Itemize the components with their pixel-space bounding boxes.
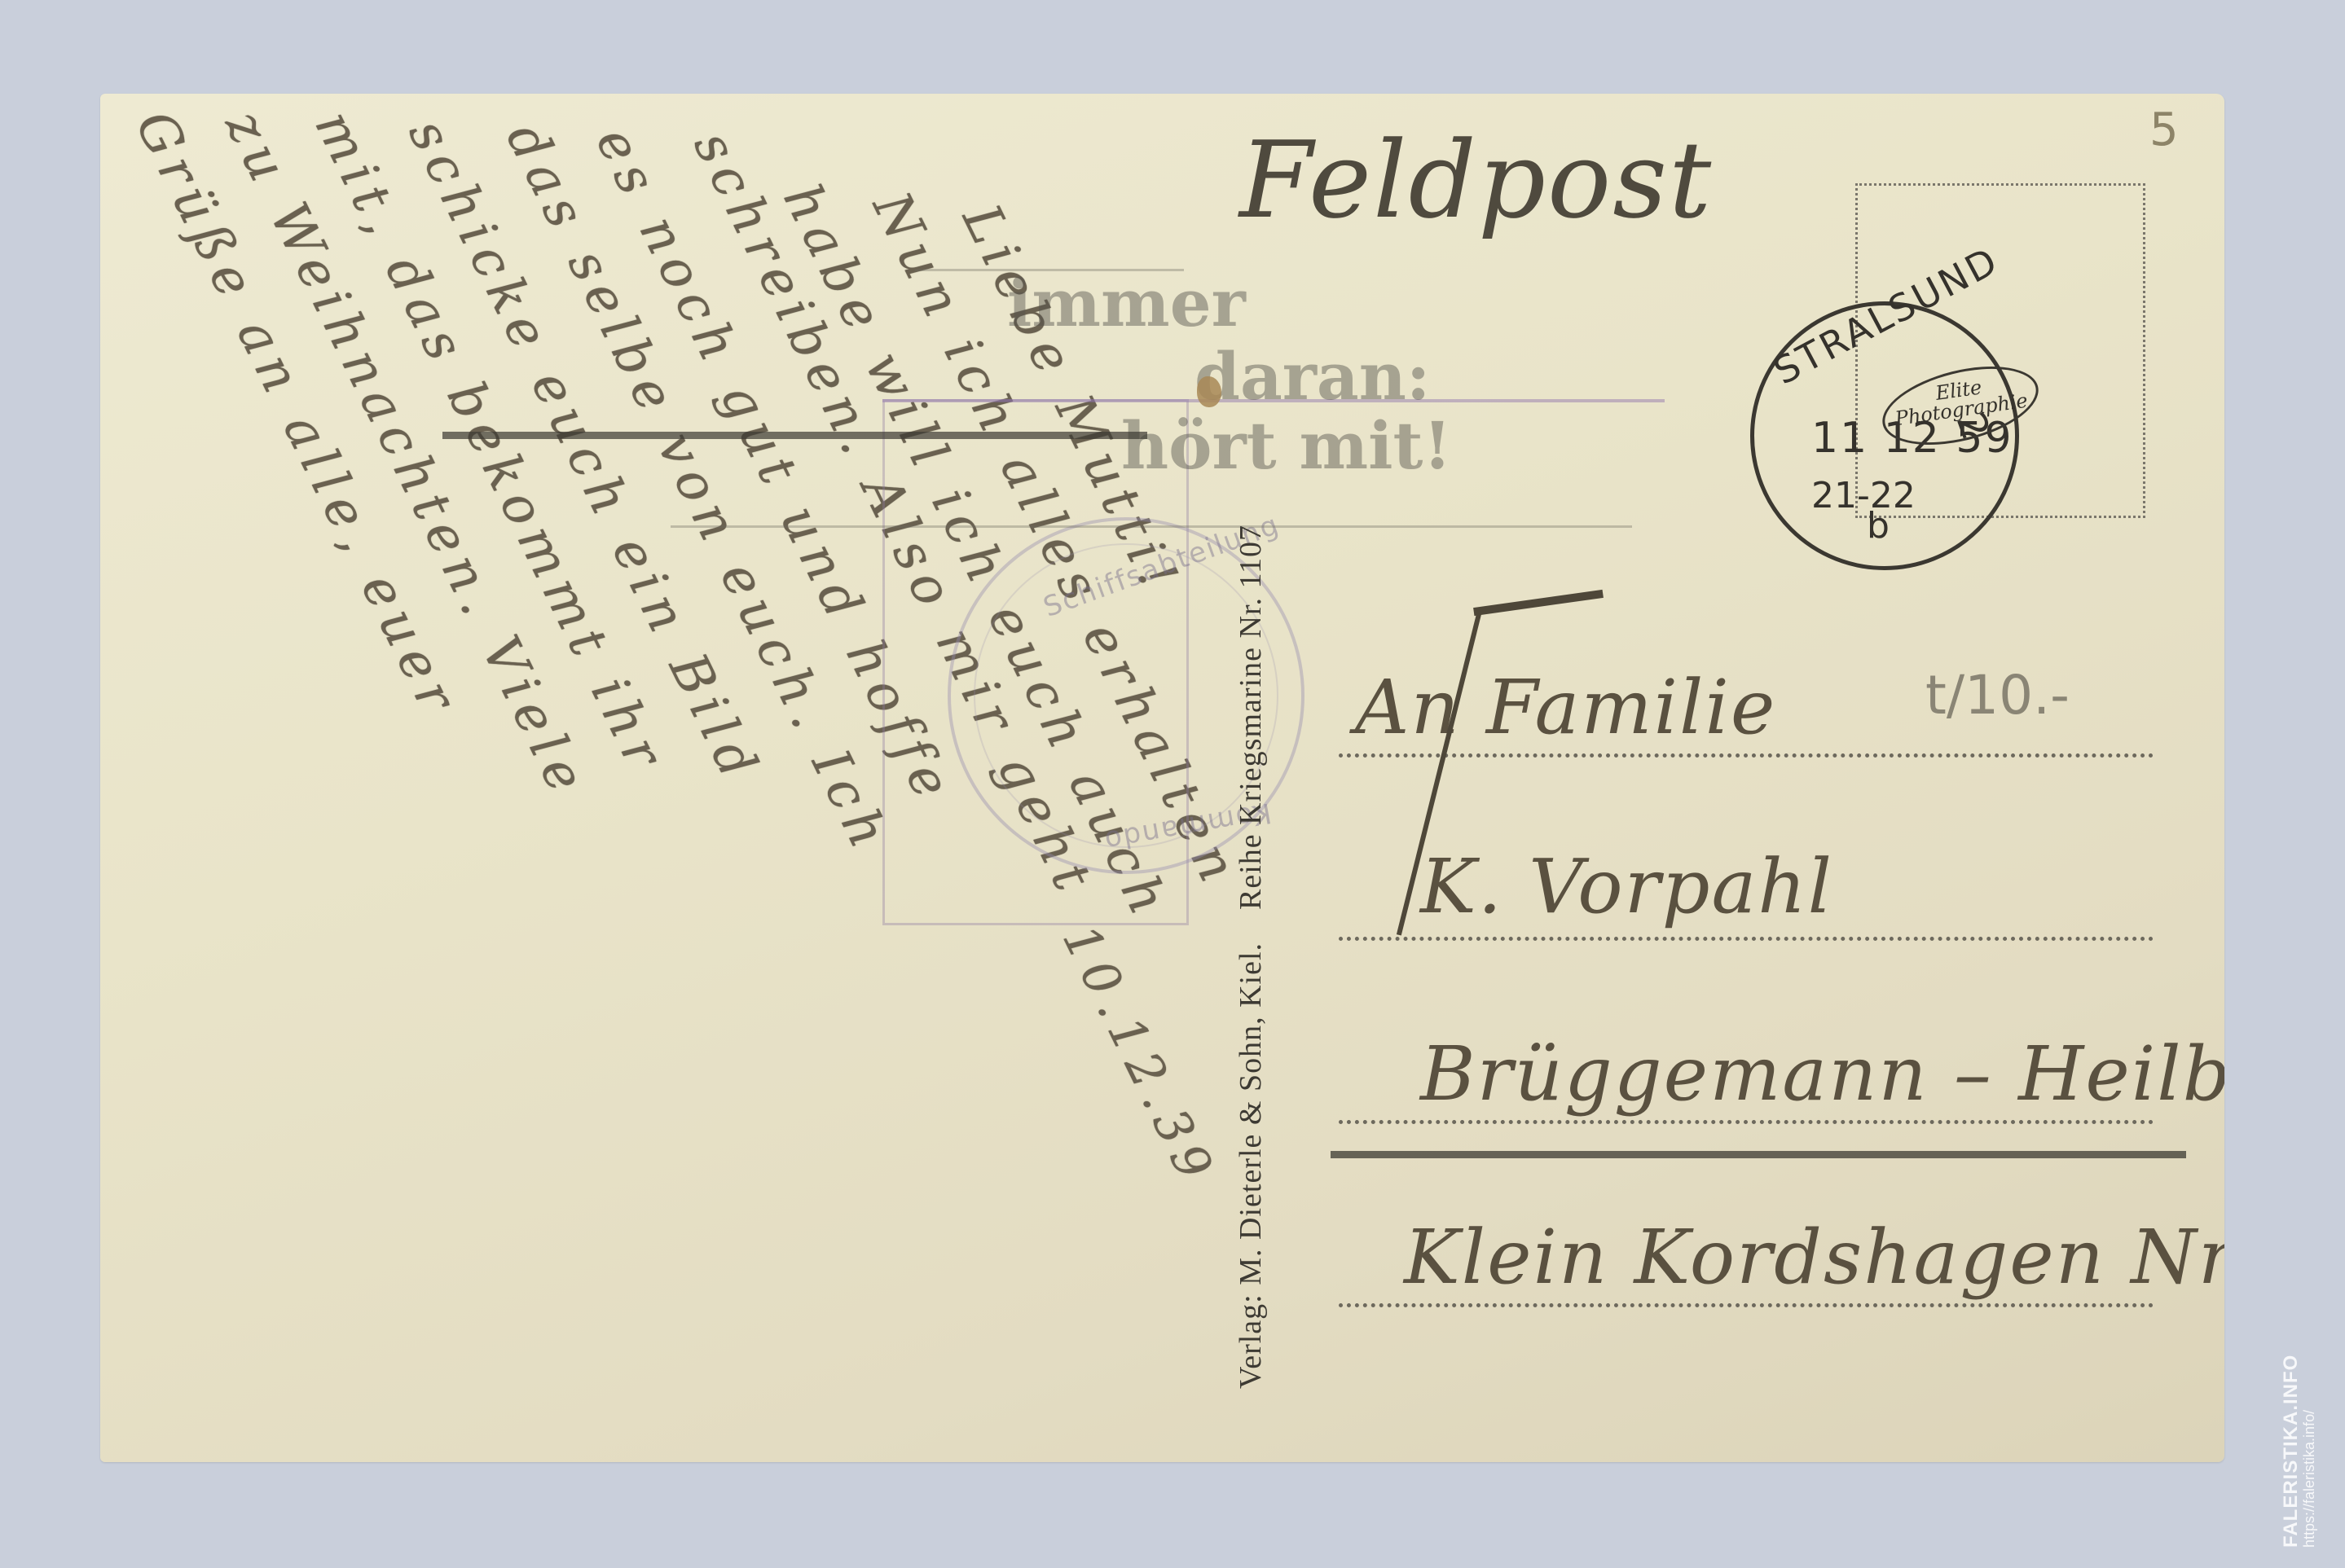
address-strikethrough <box>1331 1151 2186 1158</box>
address-line-1: An Familie <box>1355 664 1776 751</box>
address-line-2: K. Vorpahl <box>1420 843 1833 930</box>
slogan-line-2: daran: <box>1194 338 1430 415</box>
publisher-verlag: Verlag: M. Dieterle & Sohn, Kiel. <box>1234 942 1268 1389</box>
address-rule <box>1339 1120 2154 1124</box>
publisher-series: Reihe Kriegsmarine Nr. 1107 <box>1234 525 1268 910</box>
pen-stroke <box>1473 590 1604 616</box>
postcard: 5 Grüße an alle, euer zu Weihnachten. Vi… <box>100 94 2224 1462</box>
address-rule <box>1339 1303 2154 1307</box>
publisher-imprint: Verlag: M. Dieterle & Sohn, Kiel.Reihe K… <box>1233 525 1269 1389</box>
slogan-line-3: hört mit! <box>1121 407 1452 484</box>
slogan-cancel-bar <box>442 432 1147 439</box>
cancel-line <box>671 525 1632 528</box>
address-line-4: Klein Kordshagen Nr. 5 <box>1404 1214 2224 1301</box>
address-line-3-struck: Brüggemann – Heilbronn <box>1420 1030 2224 1118</box>
watermark-url: https://faleristika.info/ <box>2301 1355 2318 1548</box>
message-date: 10.12.39 <box>1051 916 1226 1196</box>
feldpost-header: Feldpost <box>1239 118 1713 242</box>
postmark-time: 21-22 <box>1811 475 1916 516</box>
postmark-letter: b <box>1867 505 1890 547</box>
stain <box>1197 376 1221 407</box>
watermark-brand: FALERISTIKA.INFO <box>2280 1355 2302 1548</box>
slogan-cancel: immer daran: hört mit! <box>926 265 1618 477</box>
pencil-price-note: t/10.- <box>1925 664 2070 727</box>
corner-number: 5 <box>2149 103 2179 156</box>
address-rule <box>1339 753 2154 758</box>
cancel-line <box>915 269 1184 271</box>
watermark: FALERISTIKA.INFO https://faleristika.inf… <box>2280 1355 2318 1548</box>
address-rule <box>1339 937 2154 941</box>
slogan-line-1: immer <box>1007 265 1246 341</box>
